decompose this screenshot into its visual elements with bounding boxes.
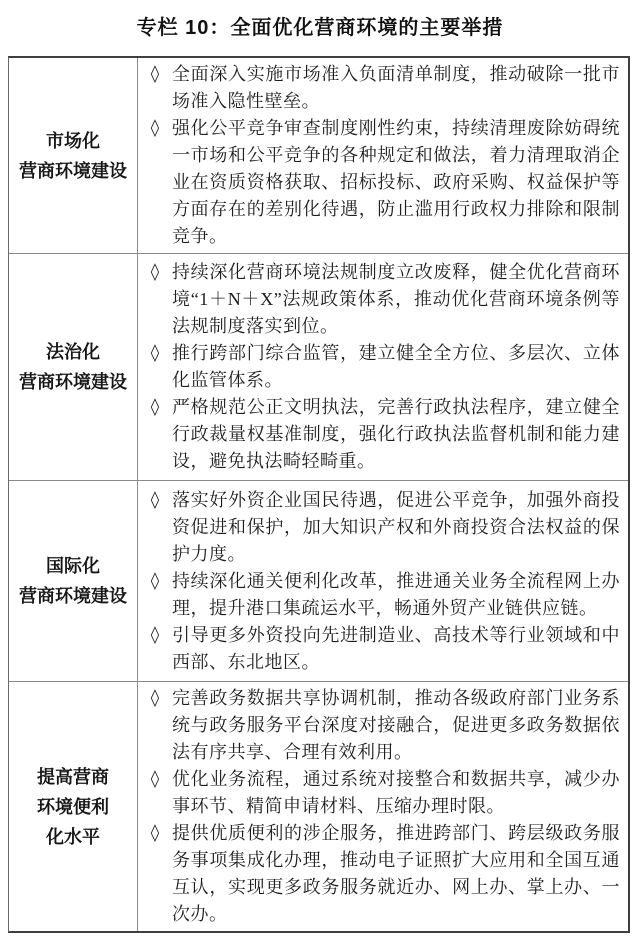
list-item-text: 推行跨部门综合监管，建立健全全方位、多层次、立体化监管体系。 <box>172 340 620 394</box>
list-item-text: 落实好外资企业国民待遇，促进公平竞争，加强外商投资促进和保护，加大知识产权和外商… <box>172 487 620 568</box>
list-item-text: 提供优质便利的涉企服务，推进跨部门、跨层级政务服务事项集成化办理，推动电子证照扩… <box>172 820 620 928</box>
row-header-line: 营商环境建设 <box>19 156 127 186</box>
row-header-line: 市场化 <box>46 126 100 156</box>
row-header-internationalization: 国际化 营商环境建设 <box>9 481 138 681</box>
diamond-bullet-icon: ◊ <box>138 340 172 367</box>
diamond-bullet-icon: ◊ <box>138 820 172 847</box>
list-item: ◊ 完善政务数据共享协调机制，推动各级政府部门业务系统与政务服务平台深度对接融合… <box>138 685 620 766</box>
diamond-bullet-icon: ◊ <box>138 259 172 286</box>
list-item-text: 持续深化通关便利化改革，推进通关业务全流程网上办理，提升港口集疏运水平，畅通外贸… <box>172 568 620 622</box>
list-item-text: 完善政务数据共享协调机制，推动各级政府部门业务系统与政务服务平台深度对接融合，促… <box>172 685 620 766</box>
list-item: ◊ 持续深化通关便利化改革，推进通关业务全流程网上办理，提升港口集疏运水平，畅通… <box>138 568 620 622</box>
row-content: ◊ 落实好外资企业国民待遇，促进公平竞争，加强外商投资促进和保护，加大知识产权和… <box>138 481 628 681</box>
diamond-bullet-icon: ◊ <box>138 115 172 142</box>
table-row-internationalization: 国际化 营商环境建设 ◊ 落实好外资企业国民待遇，促进公平竞争，加强外商投资促进… <box>9 480 628 681</box>
box-title: 专栏 10：全面优化营商环境的主要举措 <box>0 14 640 42</box>
row-content: ◊ 持续深化营商环境法规制度立改废释，健全优化营商环境“1＋N＋X”法规政策体系… <box>138 254 628 480</box>
table-row-rule-of-law: 法治化 营商环境建设 ◊ 持续深化营商环境法规制度立改废释，健全优化营商环境“1… <box>9 253 628 480</box>
list-item: ◊ 引导更多外资投向先进制造业、高技术等行业领域和中西部、东北地区。 <box>138 622 620 676</box>
list-item: ◊ 全面深入实施市场准入负面清单制度，推动破除一批市场准入隐性壁垒。 <box>138 61 620 115</box>
diamond-bullet-icon: ◊ <box>138 622 172 649</box>
measures-table: 市场化 营商环境建设 ◊ 全面深入实施市场准入负面清单制度，推动破除一批市场准入… <box>8 56 630 933</box>
row-content: ◊ 全面深入实施市场准入负面清单制度，推动破除一批市场准入隐性壁垒。 ◊ 强化公… <box>138 58 628 253</box>
table-row-facilitation-level: 提高营商 环境便利 化水平 ◊ 完善政务数据共享协调机制，推动各级政府部门业务系… <box>9 681 628 931</box>
row-header-line: 法治化 <box>46 337 100 367</box>
list-item-text: 引导更多外资投向先进制造业、高技术等行业领域和中西部、东北地区。 <box>172 622 620 676</box>
list-item-text: 持续深化营商环境法规制度立改废释，健全优化营商环境“1＋N＋X”法规政策体系，推… <box>172 259 620 340</box>
list-item: ◊ 推行跨部门综合监管，建立健全全方位、多层次、立体化监管体系。 <box>138 340 620 394</box>
table-row-marketization: 市场化 营商环境建设 ◊ 全面深入实施市场准入负面清单制度，推动破除一批市场准入… <box>9 58 628 253</box>
row-header-line: 提高营商 <box>37 762 109 792</box>
row-header-line: 环境便利 <box>37 792 109 822</box>
diamond-bullet-icon: ◊ <box>138 568 172 595</box>
row-header-line: 化水平 <box>46 822 100 852</box>
list-item-text: 优化业务流程，通过系统对接整合和数据共享，减少办事环节、精简申请材料、压缩办理时… <box>172 766 620 820</box>
diamond-bullet-icon: ◊ <box>138 766 172 793</box>
document-page: 专栏 10：全面优化营商环境的主要举措 市场化 营商环境建设 ◊ 全面深入实施市… <box>0 0 640 947</box>
list-item: ◊ 提供优质便利的涉企服务，推进跨部门、跨层级政务服务事项集成化办理，推动电子证… <box>138 820 620 928</box>
list-item: ◊ 落实好外资企业国民待遇，促进公平竞争，加强外商投资促进和保护，加大知识产权和… <box>138 487 620 568</box>
diamond-bullet-icon: ◊ <box>138 685 172 712</box>
row-header-line: 营商环境建设 <box>19 367 127 397</box>
diamond-bullet-icon: ◊ <box>138 487 172 514</box>
list-item-text: 严格规范公正文明执法，完善行政执法程序，建立健全行政裁量权基准制度，强化行政执法… <box>172 394 620 475</box>
list-item: ◊ 严格规范公正文明执法，完善行政执法程序，建立健全行政裁量权基准制度，强化行政… <box>138 394 620 475</box>
diamond-bullet-icon: ◊ <box>138 394 172 421</box>
list-item: ◊ 持续深化营商环境法规制度立改废释，健全优化营商环境“1＋N＋X”法规政策体系… <box>138 259 620 340</box>
list-item: ◊ 优化业务流程，通过系统对接整合和数据共享，减少办事环节、精简申请材料、压缩办… <box>138 766 620 820</box>
row-header-rule-of-law: 法治化 营商环境建设 <box>9 254 138 480</box>
list-item-text: 强化公平竞争审查制度刚性约束，持续清理废除妨碍统一市场和公平竞争的各种规定和做法… <box>172 115 620 250</box>
row-header-marketization: 市场化 营商环境建设 <box>9 58 138 253</box>
row-content: ◊ 完善政务数据共享协调机制，推动各级政府部门业务系统与政务服务平台深度对接融合… <box>138 682 628 931</box>
diamond-bullet-icon: ◊ <box>138 61 172 88</box>
row-header-facilitation-level: 提高营商 环境便利 化水平 <box>9 682 138 931</box>
list-item: ◊ 强化公平竞争审查制度刚性约束，持续清理废除妨碍统一市场和公平竞争的各种规定和… <box>138 115 620 250</box>
row-header-line: 国际化 <box>46 551 100 581</box>
row-header-line: 营商环境建设 <box>19 581 127 611</box>
list-item-text: 全面深入实施市场准入负面清单制度，推动破除一批市场准入隐性壁垒。 <box>172 61 620 115</box>
